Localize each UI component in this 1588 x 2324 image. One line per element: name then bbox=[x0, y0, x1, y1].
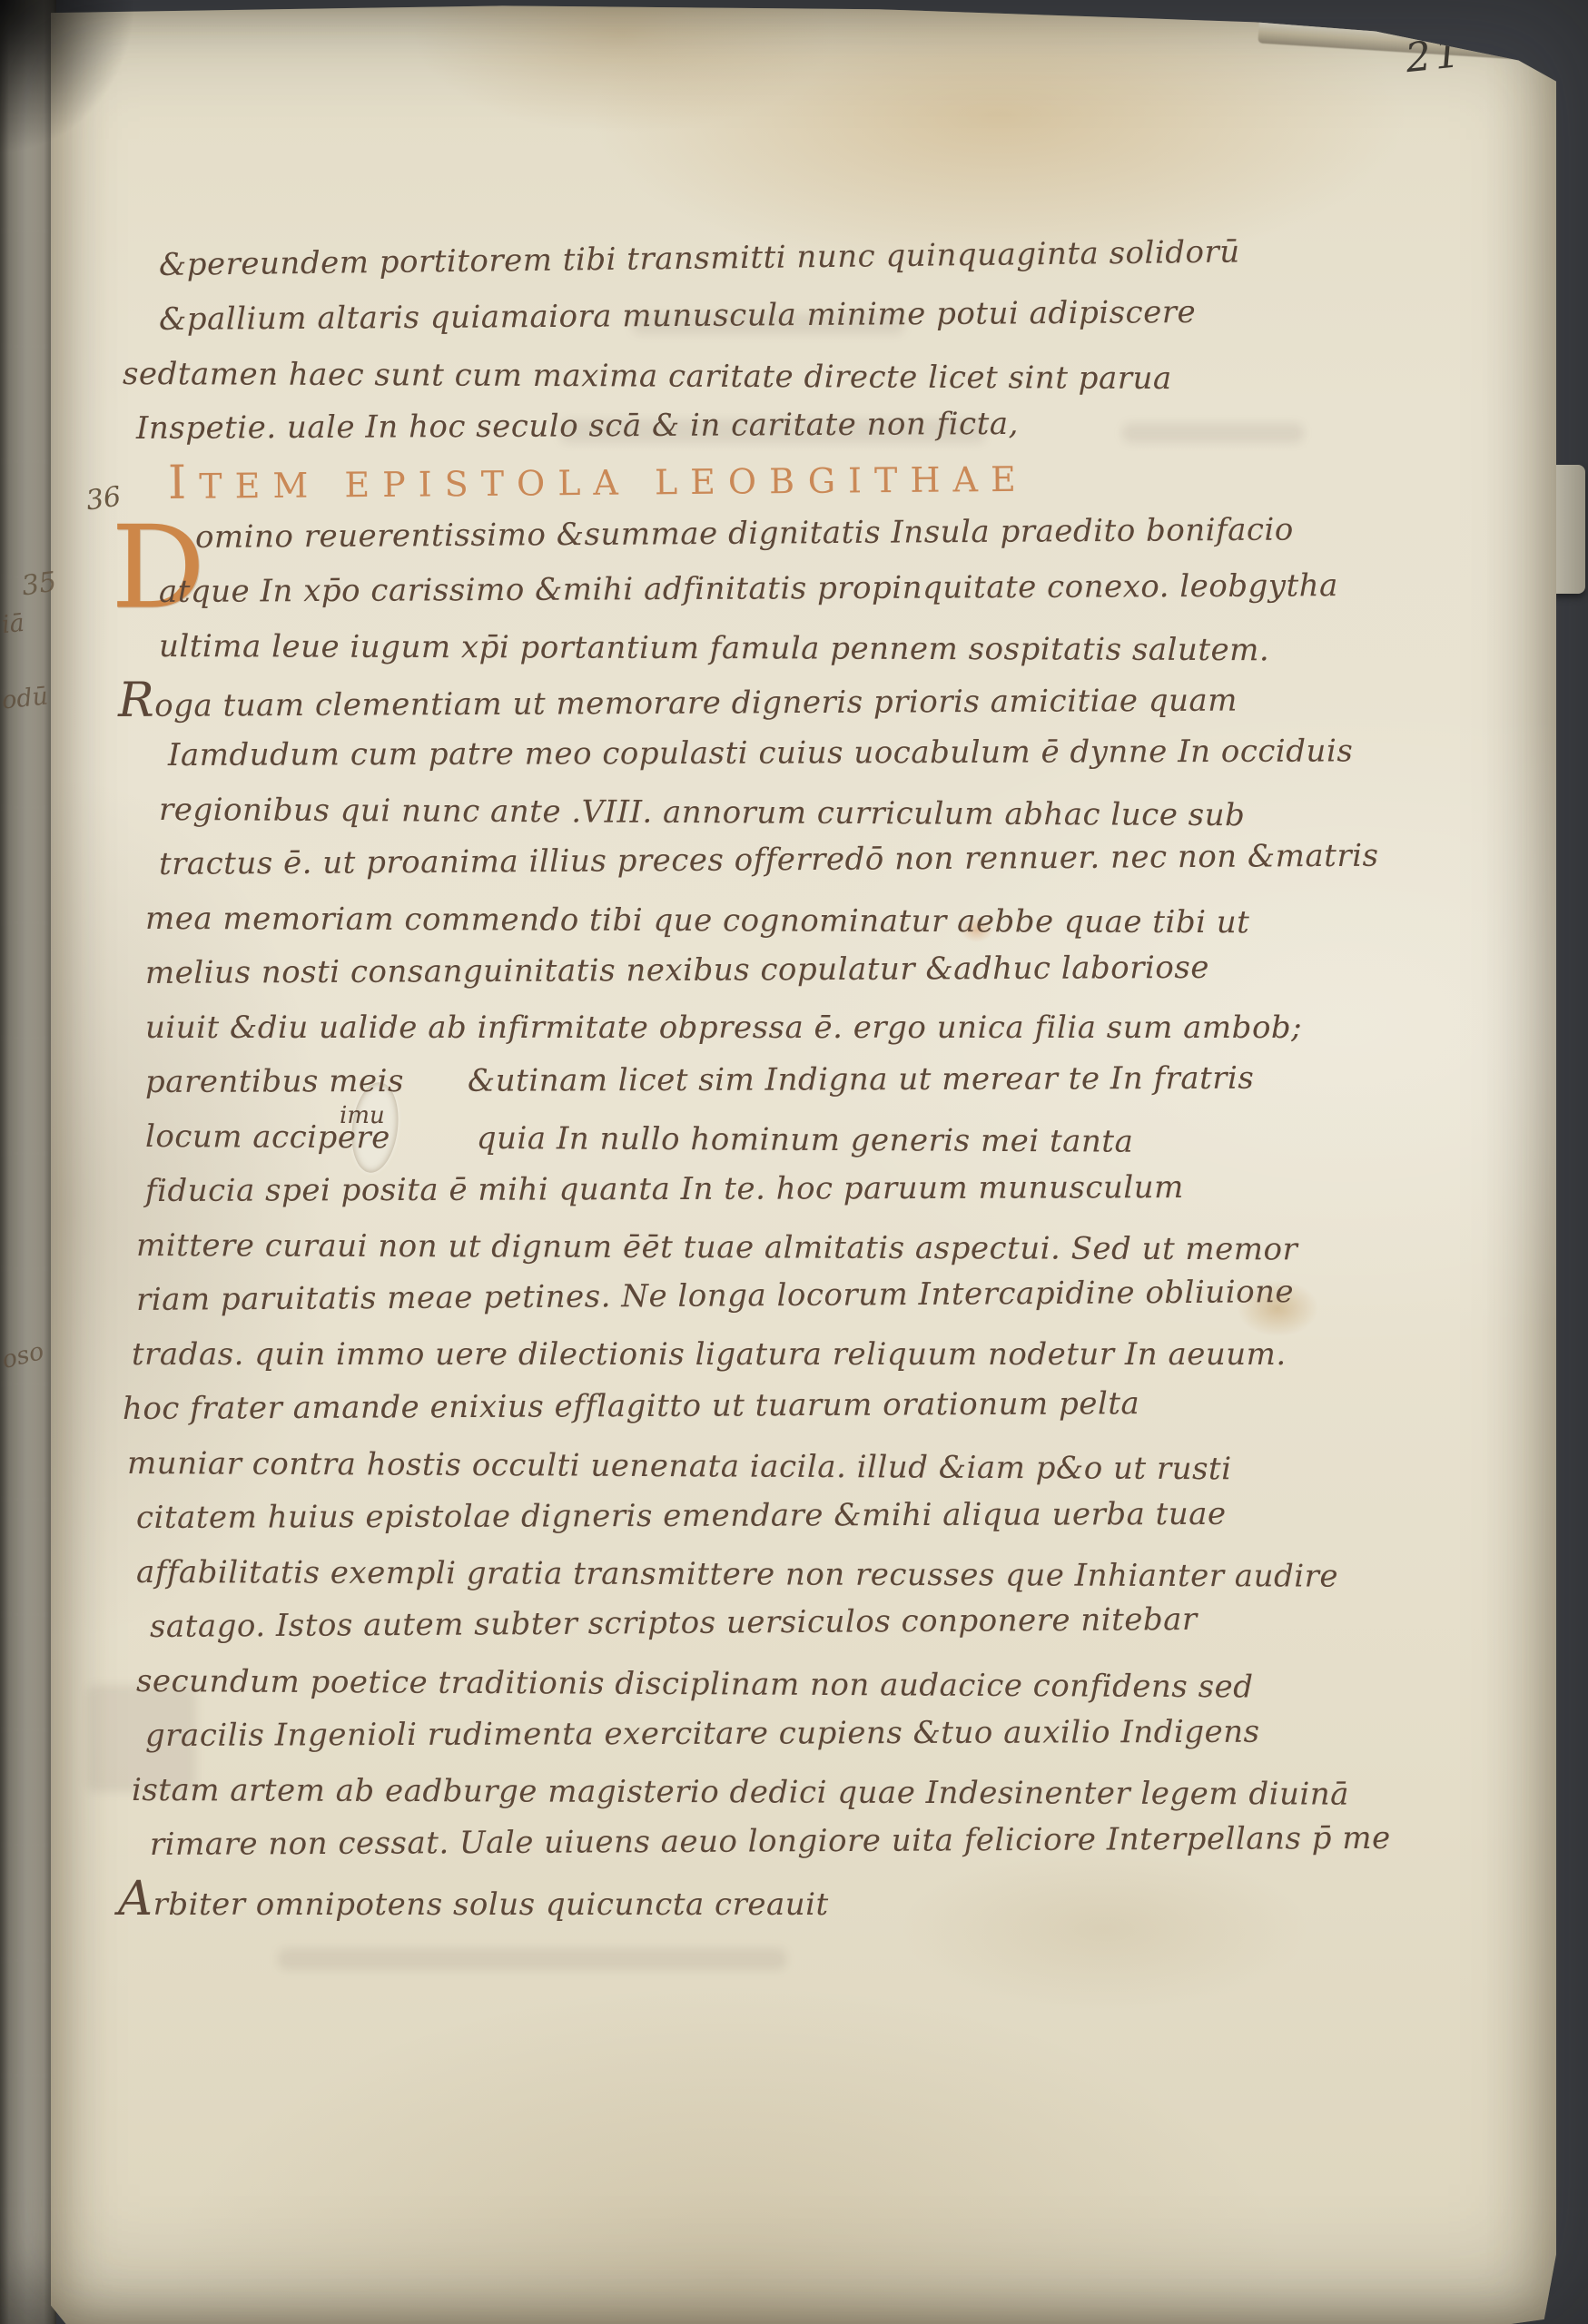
line-text: hoc frater amande enixius efflagitto ut … bbox=[123, 1385, 1139, 1427]
line-text: omino reuerentissimo &summae dignitatis … bbox=[195, 512, 1294, 556]
manuscript-photo: iā odū oso 21 imu D &pereundem portitore… bbox=[0, 0, 1588, 2324]
line-text: gracilis Ingenioli rudimenta exercitare … bbox=[145, 1714, 1260, 1754]
folio-number: 21 bbox=[1404, 30, 1466, 82]
line-text: mea memoriam commendo tibi que cognomina… bbox=[145, 901, 1250, 940]
rubric-heading: ITEM EPISTOLA LEOBGITHAE bbox=[168, 444, 1534, 510]
line-text: mittere curaui non ut dignum ēēt tuae al… bbox=[136, 1227, 1297, 1267]
text-line: tradas. quin immo uere dilectionis ligat… bbox=[132, 1327, 1534, 1382]
line-text: Arbiter omnipotens solus quicuncta creau… bbox=[118, 1886, 829, 1923]
edge-text-fragment: iā bbox=[0, 609, 25, 639]
text-line: atque In xp̄o carissimo &mihi adfinitati… bbox=[159, 557, 1534, 619]
text-line: &pallium altaris quiamaiora munuscula mi… bbox=[159, 282, 1534, 347]
line-text: secundum poetice traditionis disciplinam… bbox=[136, 1663, 1254, 1705]
text-line: omino reuerentissimo &summae dignitatis … bbox=[195, 501, 1534, 565]
line-text: istam artem ab eadburge magisterio dedic… bbox=[132, 1772, 1349, 1813]
manuscript-page: 21 imu D &pereundem portitorem tibi tran… bbox=[51, 0, 1556, 2324]
line-text: sedtamen haec sunt cum maxima caritate d… bbox=[123, 356, 1172, 397]
margin-number-36: 36 bbox=[84, 481, 123, 517]
line-text: quia In nullo hominum generis mei tanta bbox=[477, 1120, 1134, 1160]
line-text: atque In xp̄o carissimo &mihi adfinitati… bbox=[159, 567, 1338, 610]
line-text: melius nosti consanguinitatis nexibus co… bbox=[145, 950, 1209, 991]
line-text: Roga tuam clementiam ut memorare digneri… bbox=[118, 683, 1238, 724]
line-text: citatem huius epistolae digneris emendar… bbox=[136, 1496, 1227, 1536]
line-text: Inspetie. uale In hoc seculo scā & in ca… bbox=[136, 406, 1019, 447]
line-text: uiuit &diu ualide ab infirmitate obpress… bbox=[145, 1009, 1302, 1046]
previous-folio-edge: iā odū oso bbox=[0, 0, 56, 2324]
line-text: muniar contra hostis occulti uenenata ia… bbox=[127, 1445, 1232, 1487]
text-line: satago. Istos autem subter scriptos uers… bbox=[150, 1590, 1534, 1654]
line-text: parentibus meis bbox=[145, 1063, 404, 1100]
line-text: &utinam licet sim Indigna ut merear te I… bbox=[468, 1060, 1255, 1099]
text-line: gracilis Ingenioli rudimenta exercitare … bbox=[145, 1704, 1534, 1763]
line-text: riam paruitatis meae petines. Ne longa l… bbox=[136, 1274, 1294, 1318]
line-text: fiducia spei posita ē mihi quanta In te.… bbox=[145, 1169, 1184, 1209]
line-text: Iamdudum cum patre meo copulasti cuius u… bbox=[168, 733, 1353, 773]
edge-text-fragment: oso bbox=[0, 1337, 46, 1374]
text-line: citatem huius epistolae digneris emendar… bbox=[136, 1486, 1534, 1545]
text-line: parentibus meis&utinam licet sim Indigna… bbox=[145, 1050, 1534, 1109]
line-text: tractus ē. ut proanima illius preces off… bbox=[159, 838, 1379, 882]
line-text: tradas. quin immo uere dilectionis ligat… bbox=[132, 1336, 1287, 1373]
line-text: locum accipere bbox=[145, 1118, 390, 1156]
text-line: Iamdudum cum patre meo copulasti cuius u… bbox=[168, 724, 1534, 783]
line-text: &pereundem portitorem tibi transmitti nu… bbox=[159, 233, 1240, 283]
text-line: &pereundem portitorem tibi transmitti nu… bbox=[159, 221, 1535, 292]
text-line: riam paruitatis meae petines. Ne longa l… bbox=[136, 1263, 1534, 1327]
text-line: Roga tuam clementiam ut memorare digneri… bbox=[118, 666, 1534, 728]
ink-showthrough bbox=[278, 1948, 786, 1970]
text-line: fiducia spei posita ē mihi quanta In te.… bbox=[145, 1159, 1534, 1218]
line-text: ultima leue iugum xp̄i portantium famula… bbox=[159, 628, 1269, 668]
edge-text-fragment: odū bbox=[1, 682, 50, 714]
margin-number-35: 35 bbox=[20, 566, 59, 603]
letter-text-block: &pereundem portitorem tibi transmitti nu… bbox=[118, 238, 1534, 1926]
line-text: rimare non cessat. Uale uiuens aeuo long… bbox=[150, 1820, 1391, 1863]
line-text: &pallium altaris quiamaiora munuscula mi… bbox=[159, 294, 1196, 338]
text-line: hoc frater amande enixius efflagitto ut … bbox=[123, 1374, 1534, 1436]
text-line: rimare non cessat. Uale uiuens aeuo long… bbox=[150, 1810, 1534, 1872]
line-text: affabilitatis exempli gratia transmitter… bbox=[136, 1554, 1338, 1595]
text-line: uiuit &diu ualide ab infirmitate obpress… bbox=[145, 1000, 1534, 1055]
text-line: Arbiter omnipotens solus quicuncta creau… bbox=[118, 1872, 1534, 1926]
text-line: melius nosti consanguinitatis nexibus co… bbox=[145, 939, 1534, 1000]
line-text: regionibus qui nunc ante .VIII. annorum … bbox=[159, 792, 1246, 833]
text-line: tractus ē. ut proanima illius preces off… bbox=[159, 827, 1534, 891]
line-text: satago. Istos autem subter scriptos uers… bbox=[150, 1601, 1198, 1645]
